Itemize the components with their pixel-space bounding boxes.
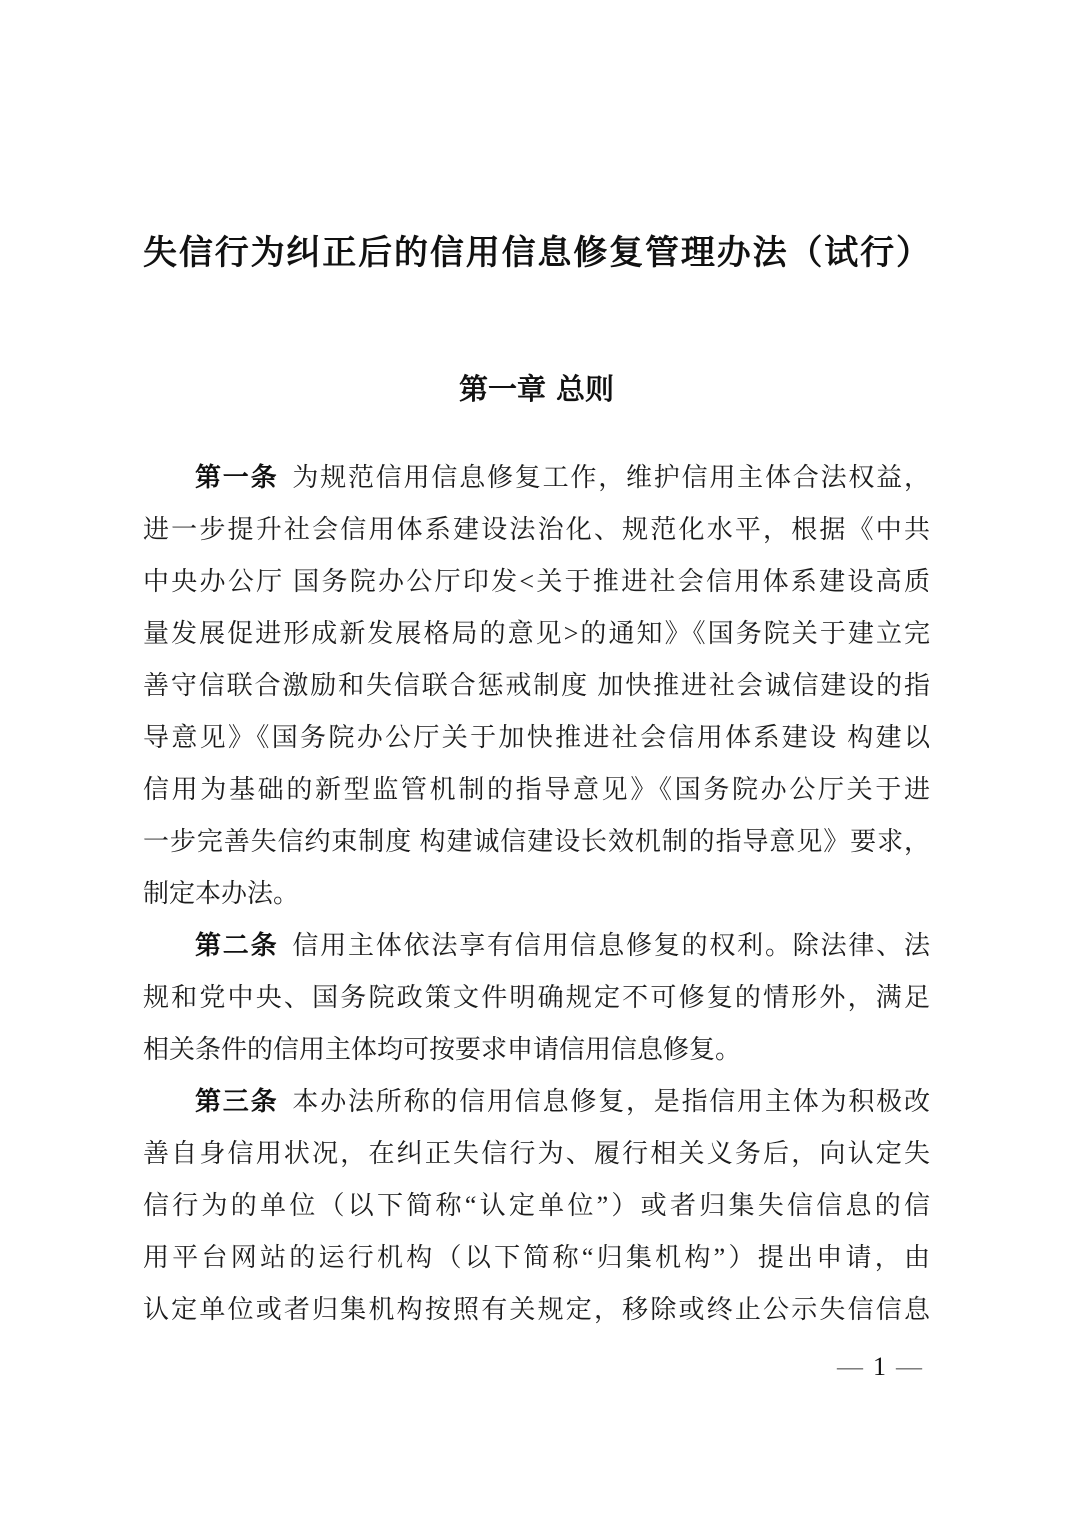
article-number-label: 第二条 — [195, 931, 278, 961]
text-line: 善守信联合激励和失信联合惩戒制度 加快推进社会诚信建设的指 — [143, 660, 930, 712]
text-line: 善自身信用状况，在纠正失信行为、履行相关义务后，向认定失 — [143, 1128, 930, 1180]
document-title: 失信行为纠正后的信用信息修复管理办法（试行） — [143, 226, 930, 282]
page-number-dash-left: — — [837, 1352, 863, 1381]
page-number-value: 1 — [873, 1352, 886, 1381]
text-line: 信用为基础的新型监管机制的指导意见》《国务院办公厅关于进 — [143, 764, 930, 816]
text-line: 相关条件的信用主体均可按要求申请信用信息修复。 — [143, 1024, 930, 1076]
page-number: —1— — [143, 1352, 930, 1382]
text-line: 信行为的单位（以下简称“认定单位”）或者归集失信信息的信 — [143, 1180, 930, 1232]
text-line: 量发展促进形成新发展格局的意见>的通知》《国务院关于建立完 — [143, 608, 930, 660]
article-number-label: 第一条 — [195, 463, 278, 493]
page-content: 失信行为纠正后的信用信息修复管理办法（试行） 第一章 总则 第一条为规范信用信息… — [0, 226, 1074, 1382]
article-number-label: 第三条 — [195, 1087, 278, 1117]
line-text: 信用主体依法享有信用信息修复的权利。除法律、法 — [292, 931, 930, 960]
text-line: 规和党中央、国务院政策文件明确规定不可修复的情形外，满足 — [143, 972, 930, 1024]
document-page: 失信行为纠正后的信用信息修复管理办法（试行） 第一章 总则 第一条为规范信用信息… — [0, 0, 1074, 1520]
text-line: 导意见》《国务院办公厅关于加快推进社会信用体系建设 构建以 — [143, 712, 930, 764]
text-line: 用平台网站的运行机构（以下简称“归集机构”）提出申请，由 — [143, 1232, 930, 1284]
text-line: 一步完善失信约束制度 构建诚信建设长效机制的指导意见》要求， — [143, 816, 930, 868]
line-text: 本办法所称的信用信息修复，是指信用主体为积极改 — [292, 1087, 930, 1116]
text-line: 中央办公厅 国务院办公厅印发<关于推进社会信用体系建设高质 — [143, 556, 930, 608]
document-body: 第一条为规范信用信息修复工作，维护信用主体合法权益，进一步提升社会信用体系建设法… — [143, 452, 930, 1336]
text-line: 进一步提升社会信用体系建设法治化、规范化水平，根据《中共 — [143, 504, 930, 556]
text-line: 第一条为规范信用信息修复工作，维护信用主体合法权益， — [143, 452, 930, 504]
page-number-dash-right: — — [896, 1352, 922, 1381]
text-line: 制定本办法。 — [143, 868, 930, 920]
line-text: 为规范信用信息修复工作，维护信用主体合法权益， — [292, 463, 930, 492]
text-line: 第二条信用主体依法享有信用信息修复的权利。除法律、法 — [143, 920, 930, 972]
text-line: 第三条本办法所称的信用信息修复，是指信用主体为积极改 — [143, 1076, 930, 1128]
text-line: 认定单位或者归集机构按照有关规定，移除或终止公示失信信息 — [143, 1284, 930, 1336]
chapter-heading: 第一章 总则 — [143, 367, 930, 411]
